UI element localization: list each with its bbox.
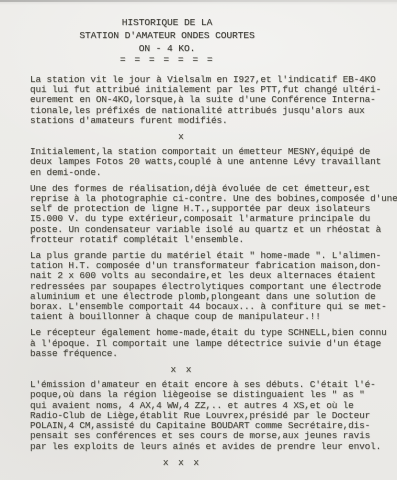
document-title-line-1: HISTORIQUE DE LA <box>0 16 334 29</box>
paragraph-4: La plus grande partie du matériel était … <box>30 251 397 322</box>
paragraph-3: Une des formes de réalisation,déjà évolu… <box>30 184 397 245</box>
paragraph-6: L'émission d'amateur en était encore à s… <box>30 380 397 451</box>
section-separator-3: x x x <box>30 458 334 468</box>
document-body: La station vit le jour à Vielsalm en I92… <box>0 65 397 468</box>
section-separator-2: x x <box>30 365 334 375</box>
title-underline: = = = = = = = <box>0 55 334 65</box>
document-title-block: HISTORIQUE DE LA STATION D'AMATEUR ONDES… <box>0 0 334 65</box>
section-separator-1: x <box>30 132 334 142</box>
paragraph-5: Le récepteur également home-made,était d… <box>30 328 397 359</box>
document-title-line-2: STATION D'AMATEUR ONDES COURTES <box>0 29 334 42</box>
scanned-document-page: HISTORIQUE DE LA STATION D'AMATEUR ONDES… <box>0 0 397 480</box>
paragraph-1: La station vit le jour à Vielsalm en I92… <box>30 75 397 126</box>
paragraph-2: Initialement,la station comportait un ém… <box>30 147 397 178</box>
